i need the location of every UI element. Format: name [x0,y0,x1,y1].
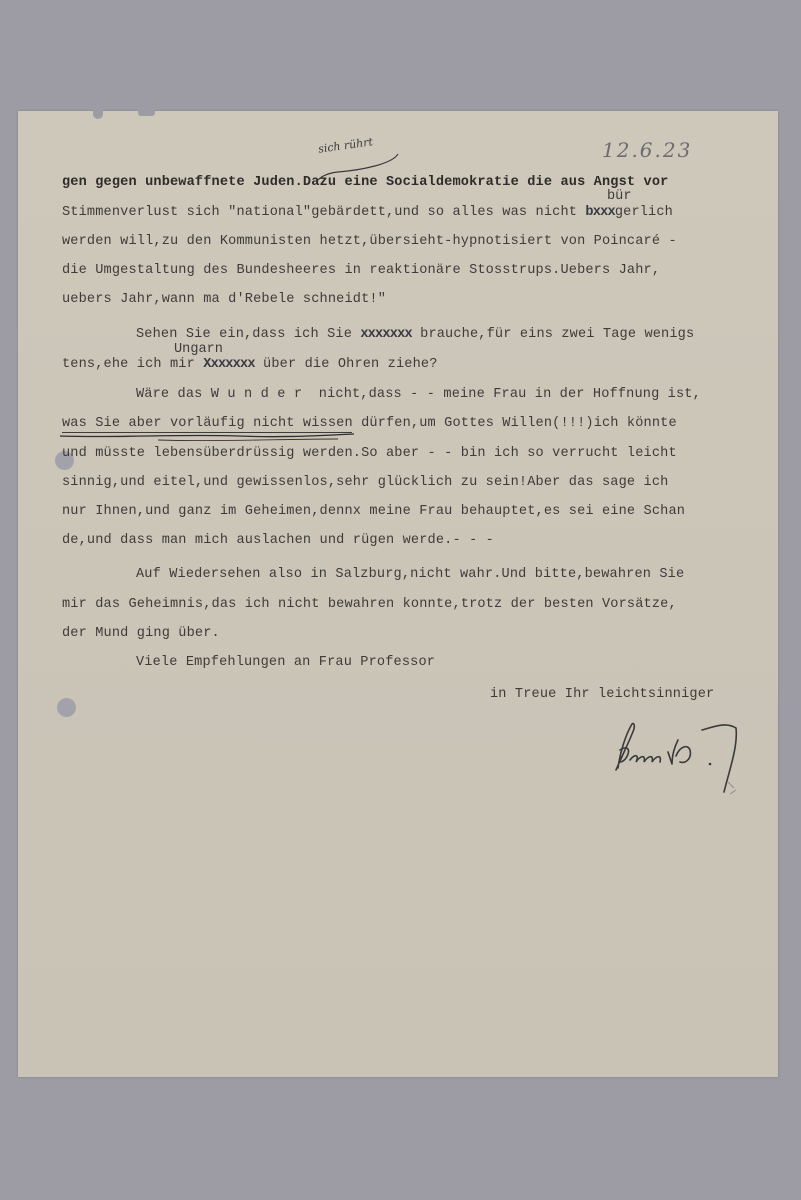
line-part: ,um Gottes Willen(!!!)ich könnte [411,416,677,431]
handwritten-underline [58,430,358,444]
letter-line: Auf Wiedersehen also in Salzburg,nicht w… [136,567,684,583]
struck-out-word: xxxxxxx [360,327,412,342]
letter-line: uebers Jahr,wann ma d'Rebele schneidt!" [62,292,386,308]
letter-valediction: in Treue Ihr leichtsinniger [490,687,714,703]
letter-line: mir das Geheimnis,das ich nicht bewahren… [62,597,677,613]
letter-line: werden will,zu den Kommunisten hetzt,übe… [62,234,677,250]
punch-hole [57,698,76,717]
letter-line: tens,ehe ich mir Xxxxxxx über die Ohren … [62,357,438,373]
signature [606,716,756,806]
letter-line: Sehen Sie ein,dass ich Sie xxxxxxx brauc… [136,327,694,343]
typed-correction-above: Ungarn [174,342,223,357]
letter-line: sinnig,und eitel,und gewissenlos,sehr gl… [62,475,668,491]
struck-out-word: Xxxxxxx [203,357,255,372]
underlined-phrase: was Sie aber vorläufig nicht wissen dürf… [62,416,411,431]
handwritten-date: 12.6.23 [602,138,692,162]
letter-line: und müsste lebensüberdrüssig werden.So a… [62,446,677,462]
letter-closing: Viele Empfehlungen an Frau Professor [136,655,435,671]
paper-notch [138,109,155,116]
line-part: Sehen Sie ein,dass ich Sie [136,327,360,342]
letter-line: die Umgestaltung des Bundesheeres in rea… [62,263,660,279]
line-part: tens,ehe ich mir [62,357,203,372]
letter-line: gen gegen unbewaffnete Juden.Dazu eine S… [62,175,668,191]
letter-line: der Mund ging über. [62,626,220,642]
paper-notch [93,109,103,119]
line-part: brauche,für eins zwei Tage wenigs [412,327,694,342]
letter-line: nur Ihnen,und ganz im Geheimen,dennx mei… [62,504,685,520]
line-part: über die Ohren ziehe? [255,357,438,372]
letter-page [18,111,778,1077]
letter-line: de,und dass man mich auslachen und rügen… [62,533,494,549]
letter-line: Wäre das W u n d e r nicht,dass - - mein… [136,387,701,403]
letter-line: Stimmenverlust sich "national"gebärdett,… [62,205,673,221]
struck-out-word: bxxx [585,205,614,220]
line-part: Stimmenverlust sich "national"gebärdett,… [62,205,585,220]
line-part: gerlich [615,205,673,220]
typed-correction-above: bür [607,189,631,204]
